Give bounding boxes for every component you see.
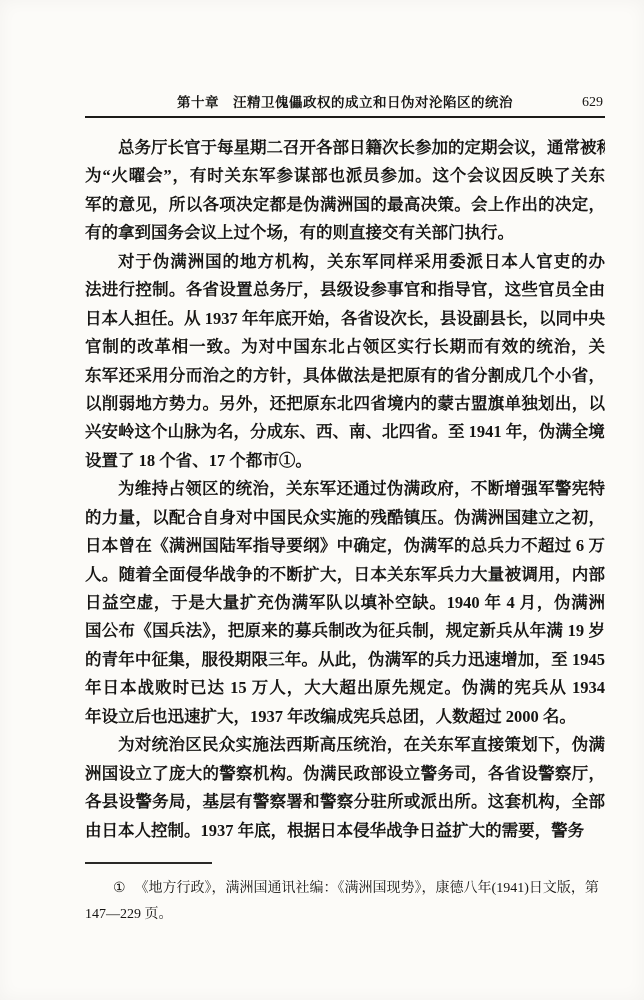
- text-line: 由日本人控制。1937 年底，根据日本侵华战争日益扩大的需要，警务: [85, 817, 605, 845]
- text-line: 为“火曜会”，有时关东军参谋部也派员参加。这个会议因反映了关东: [85, 162, 605, 190]
- text-line: 各县设警务局，基层有警察署和警察分驻所或派出所。这套机构，全部: [85, 788, 605, 816]
- footnote-line: 147—229 页。: [85, 902, 607, 928]
- body-text: 总务厅长官于每星期二召开各部日籍次长参加的定期会议，通常被称为“火曜会”，有时关…: [85, 134, 605, 845]
- chapter-heading: 第十章汪精卫傀儡政权的成立和日伪对沦陷区的统治: [85, 92, 605, 114]
- text-line: 为维持占领区的统治，关东军还通过伪满政府，不断增强军警宪特: [85, 475, 605, 503]
- text-line: 为对统治区民众实施法西斯高压统治，在关东军直接策划下，伪满: [85, 731, 605, 759]
- text-line: 东军还采用分而治之的方针，具体做法是把原有的省分割成几个小省，: [85, 362, 605, 390]
- text-line: 人。随着全面侵华战争的不断扩大，日本关东军兵力大量被调用，内部: [85, 561, 605, 589]
- book-page: 第十章汪精卫傀儡政权的成立和日伪对沦陷区的统治 629 总务厅长官于每星期二召开…: [0, 0, 644, 1000]
- footnote-text: 《地方行政》，满洲国通讯社编：《满洲国现势》，康德八年(1941)日文版，第: [135, 881, 599, 896]
- text-line: 有的拿到国务会议上过个场，有的则直接交有关部门执行。: [85, 219, 605, 247]
- footnote: ①《地方行政》，满洲国通讯社编：《满洲国现势》，康德八年(1941)日文版，第 …: [85, 876, 607, 928]
- footnote-line: ①《地方行政》，满洲国通讯社编：《满洲国现势》，康德八年(1941)日文版，第: [85, 876, 607, 902]
- text-line: 兴安岭这个山脉为名，分成东、西、南、北四省。至 1941 年，伪满全境竟: [85, 418, 605, 446]
- text-line: 日本人担任。从 1937 年年底开始，各省设次长，县设副县长，以同中央: [85, 305, 605, 333]
- text-line: 的力量，以配合自身对中国民众实施的残酷镇压。伪满洲国建立之初，: [85, 504, 605, 532]
- text-line: 对于伪满洲国的地方机构，关东军同样采用委派日本人官吏的办: [85, 248, 605, 276]
- text-line: 官制的改革相一致。为对中国东北占领区实行长期而有效的统治，关: [85, 333, 605, 361]
- text-line: 的青年中征集，服役期限三年。从此，伪满军的兵力迅速增加，至 1945: [85, 646, 605, 674]
- text-line: 法进行控制。各省设置总务厅，县级设参事官和指导官，这些官员全由: [85, 276, 605, 304]
- text-line: 总务厅长官于每星期二召开各部日籍次长参加的定期会议，通常被称: [85, 134, 605, 162]
- text-line: 年设立后也迅速扩大，1937 年改编成宪兵总团，人数超过 2000 名。: [85, 703, 605, 731]
- footnote-separator: [85, 862, 212, 864]
- text-line: 日本曾在《满洲国陆军指导要纲》中确定，伪满军的总兵力不超过 6 万: [85, 532, 605, 560]
- text-line: 日益空虚，于是大量扩充伪满军队以填补空缺。1940 年 4 月，伪满洲: [85, 589, 605, 617]
- header-rule: [85, 116, 605, 118]
- text-line: 以削弱地方势力。另外，还把原东北四省境内的蒙古盟旗单独划出，以: [85, 390, 605, 418]
- chapter-number: 第十章: [177, 95, 219, 110]
- chapter-title: 汪精卫傀儡政权的成立和日伪对沦陷区的统治: [233, 95, 513, 110]
- text-line: 洲国设立了庞大的警察机构。伪满民政部设立警务司，各省设警察厅，: [85, 760, 605, 788]
- text-line: 军的意见，所以各项决定都是伪满洲国的最高决策。会上作出的决定，: [85, 191, 605, 219]
- text-line: 年日本战败时已达 15 万人，大大超出原先规定。伪满的宪兵从 1934: [85, 674, 605, 702]
- page-number: 629: [582, 92, 603, 114]
- footnote-marker: ①: [113, 881, 126, 896]
- text-line: 设置了 18 个省、17 个都市①。: [85, 447, 605, 475]
- text-line: 国公布《国兵法》，把原来的募兵制改为征兵制，规定新兵从年满 19 岁: [85, 617, 605, 645]
- running-header: 第十章汪精卫傀儡政权的成立和日伪对沦陷区的统治 629: [85, 92, 605, 114]
